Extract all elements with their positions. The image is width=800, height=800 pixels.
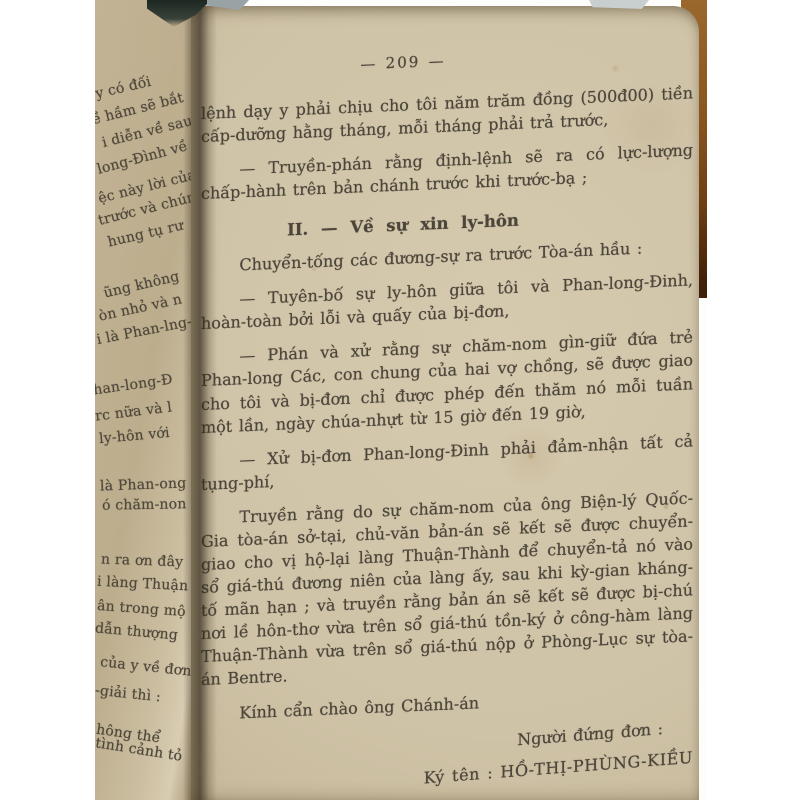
left-page-text-fragment: han-long-Đ bbox=[95, 372, 174, 399]
left-page-text-fragment: ly-hôn với bbox=[98, 425, 170, 447]
paragraph: — Truyền-phán rằng định-lệnh sẽ ra có lự… bbox=[201, 138, 693, 206]
left-page-text-fragment: dẫn thượng bbox=[95, 620, 179, 643]
left-page-text-fragment: i làng Thuận bbox=[97, 574, 189, 595]
paragraph: — Phán và xử rằng sự chăm-nom gìn-giữ đứ… bbox=[201, 325, 693, 440]
book-photo: y có đối ề hầm sẽ bắt i diễn về sau long… bbox=[95, 0, 707, 800]
page-number: — 209 — bbox=[157, 41, 649, 85]
paragraph: lệnh dạy y phải chịu cho tôi năm trăm đồ… bbox=[201, 81, 693, 149]
left-page-text-fragment: -giải thì : bbox=[95, 683, 162, 706]
previous-page-edge: y có đối ề hầm sẽ bắt i diễn về sau long… bbox=[95, 0, 197, 800]
paragraph: Truyền rằng do sự chăm-nom của ông Biện-… bbox=[201, 486, 693, 691]
page-text-block: — 209 — lệnh dạy y phải chịu cho tôi năm… bbox=[201, 0, 693, 798]
left-page-text-fragment: là Phan-ong bbox=[100, 475, 187, 494]
paragraph: — Xử bị-đơn Phan-long-Đinh phải đảm-nhận… bbox=[201, 429, 693, 497]
left-page-text-fragment: n ra ơn đây bbox=[101, 552, 184, 571]
signature-block: Người đứng đơn : Ký tên : HỒ-THỊ-PHÙNG-K… bbox=[201, 715, 693, 800]
left-page-text-fragment: y có đối bbox=[95, 74, 153, 102]
left-page-text-fragment: ó chăm-non bbox=[102, 496, 187, 513]
closing-line: Kính cẩn chào ông Chánh-án bbox=[201, 682, 693, 726]
paragraph: — Tuyên-bố sự ly-hôn giữa tôi và Phan-lo… bbox=[201, 268, 693, 336]
left-page-text-fragment: rc nữa và l bbox=[95, 399, 173, 424]
left-page-text-fragment: của y về đơn bbox=[99, 654, 192, 680]
left-page-text-fragment: ân trong mộ bbox=[97, 598, 187, 620]
book-page: — 209 — lệnh dạy y phải chịu cho tôi năm… bbox=[191, 6, 699, 800]
